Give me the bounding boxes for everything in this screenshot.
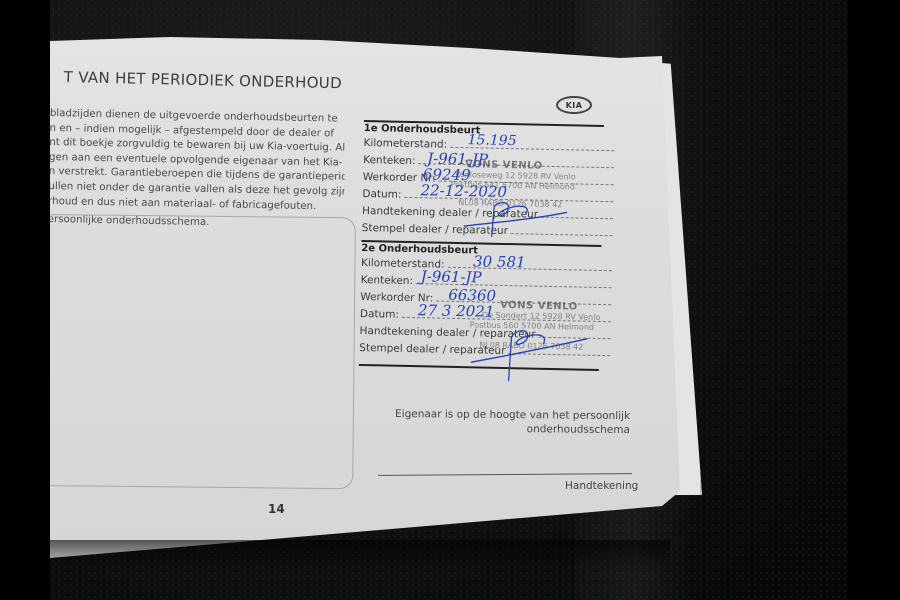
plate-label: Kenteken: (363, 154, 416, 167)
letterbox-right (848, 0, 900, 600)
owner-acknowledgement: Eigenaar is op de hoogte van het persoon… (380, 407, 630, 437)
date-label: Datum: (360, 308, 399, 321)
date-label: Datum: (362, 188, 401, 201)
handwritten-plate: J-961-JP (421, 267, 482, 286)
page-number: 14 (268, 502, 285, 516)
empty-notes-box (37, 214, 356, 489)
plate-label: Kenteken: (361, 274, 414, 287)
dealer-signature-1 (462, 196, 573, 242)
kia-logo: KIA (556, 96, 592, 114)
page-shadow (50, 540, 670, 570)
letterbox-left (0, 0, 50, 600)
service-section-1: 1e Onderhoudsbeurt Kilometerstand: Kente… (362, 120, 619, 239)
handwritten-date: 27 3 2021 (418, 301, 495, 321)
owner-signature-label: Handtekening (565, 480, 638, 492)
dealer-signature-2 (469, 322, 590, 384)
service-record-form: 1e Onderhoudsbeurt Kilometerstand: Kente… (359, 120, 619, 371)
service-section-2: 2e Onderhoudsbeurt Kilometerstand: Kente… (359, 240, 617, 371)
handwritten-mileage: 15.195 (467, 132, 516, 149)
